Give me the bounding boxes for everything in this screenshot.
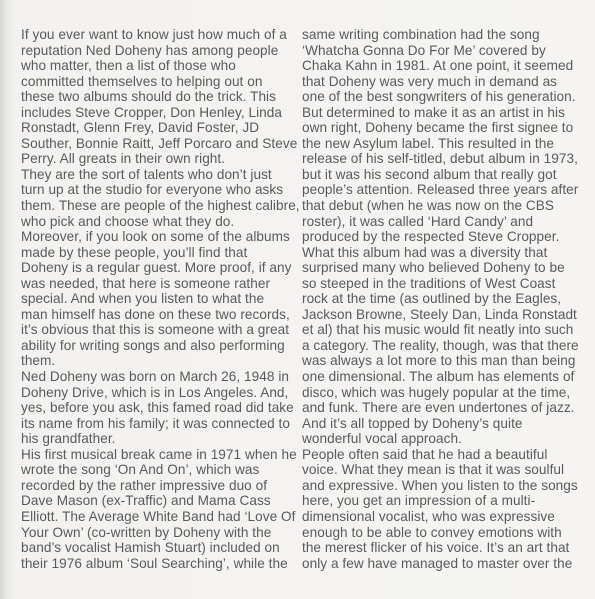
text-line: ‘Whatcha Gonna Do For Me’ covered by	[302, 43, 579, 59]
left-text-column: If you ever want to know just how much o…	[21, 27, 300, 571]
text-line: here, you get an impression of a multi-	[302, 493, 579, 509]
text-line: wonderful vocal approach.	[302, 431, 579, 447]
text-line: so steeped in the traditions of West Coa…	[302, 276, 579, 292]
text-line: the new Asylum label. This resulted in t…	[302, 136, 579, 152]
text-line: one of the best songwriters of his gener…	[302, 89, 579, 105]
text-line: release of his self-titled, debut album …	[302, 151, 579, 167]
text-line: recorded by the rather impressive duo of	[21, 478, 300, 494]
text-line: And it’s all topped by Doheny’s quite	[302, 416, 579, 432]
text-line: disco, which was hugely popular at the t…	[302, 385, 579, 401]
text-line: same writing combination had the song	[302, 27, 579, 43]
text-line: His first musical break came in 1971 whe…	[21, 447, 300, 463]
text-line: Perry. All greats in their own right.	[21, 151, 300, 167]
text-line: special. And when you listen to what the	[21, 291, 300, 307]
text-line: who pick and choose what they do.	[21, 214, 300, 230]
text-line: that debut (when he was now on the CBS	[302, 198, 579, 214]
text-line: one dimensional. The album has elements …	[302, 369, 579, 385]
text-line: own right, Doheny became the first signe…	[302, 120, 579, 136]
text-line: Dave Mason (ex-Traffic) and Mama Cass	[21, 493, 300, 509]
text-line: rock at the time (as outlined by the Eag…	[302, 291, 579, 307]
text-line: Ned Doheny was born on March 26, 1948 in	[21, 369, 300, 385]
text-line: People often said that he had a beautifu…	[302, 447, 579, 463]
text-line: people’s attention. Released three years…	[302, 182, 579, 198]
text-line: its name from his family; it was connect…	[21, 416, 300, 432]
text-line: Souther, Bonnie Raitt, Jeff Porcaro and …	[21, 136, 300, 152]
text-line: reputation Ned Doheny has among people	[21, 43, 300, 59]
text-line: They are the sort of talents who don’t j…	[21, 167, 300, 183]
text-line: Doheny is a regular guest. More proof, i…	[21, 260, 300, 276]
text-line: their 1976 album ‘Soul Searching’, while…	[21, 556, 300, 572]
text-line: them. These are people of the highest ca…	[21, 198, 300, 214]
text-line: turn up at the studio for everyone who a…	[21, 182, 300, 198]
text-line: produced by the respected Steve Cropper.	[302, 229, 579, 245]
right-text-column: same writing combination had the song‘Wh…	[302, 27, 579, 571]
text-line: Moreover, if you look on some of the alb…	[21, 229, 300, 245]
text-line: only a few have managed to master over t…	[302, 556, 579, 572]
text-line: Doheny Drive, which is in Los Angeles. A…	[21, 385, 300, 401]
text-line: committed themselves to helping out on	[21, 74, 300, 90]
text-line: and funk. There are even undertones of j…	[302, 400, 579, 416]
text-line: surprised many who believed Doheny to be	[302, 260, 579, 276]
text-line: yes, before you ask, this famed road did…	[21, 400, 300, 416]
text-line: et al) that his music would fit neatly i…	[302, 322, 579, 338]
text-line: was needed, that here is someone rather	[21, 276, 300, 292]
text-line: a category. The reality, though, was tha…	[302, 338, 579, 354]
text-line: but it was his second album that really …	[302, 167, 579, 183]
text-line: who matter, then a list of those who	[21, 58, 300, 74]
text-line: these two albums should do the trick. Th…	[21, 89, 300, 105]
text-line: enough to be able to convey emotions wit…	[302, 525, 579, 541]
text-line: If you ever want to know just how much o…	[21, 27, 300, 43]
text-line: What this album had was a diversity that	[302, 245, 579, 261]
text-line: But determined to make it as an artist i…	[302, 105, 579, 121]
text-line: that Doheny was very much in demand as	[302, 74, 579, 90]
text-line: includes Steve Cropper, Don Henley, Lind…	[21, 105, 300, 121]
text-line: Chaka Kahn in 1981. At one point, it see…	[302, 58, 579, 74]
text-line: made by these people, you’ll find that	[21, 245, 300, 261]
text-line: Jackson Browne, Steely Dan, Linda Ronsta…	[302, 307, 579, 323]
text-line: wrote the song ‘On And On’, which was	[21, 462, 300, 478]
text-line: them.	[21, 353, 300, 369]
text-line: man himself has done on these two record…	[21, 307, 300, 323]
booklet-page: If you ever want to know just how much o…	[0, 0, 595, 599]
text-line: ability for writing songs and also perfo…	[21, 338, 300, 354]
text-line: the merest flicker of his voice. It’s an…	[302, 540, 579, 556]
text-line: Your Own’ (co-written by Doheny with the	[21, 525, 300, 541]
text-line: it’s obvious that this is someone with a…	[21, 322, 300, 338]
text-line: Ronstadt, Glenn Frey, David Foster, JD	[21, 120, 300, 136]
text-line: and expressive. When you listen to the s…	[302, 478, 579, 494]
text-line: Elliott. The Average White Band had ‘Lov…	[21, 509, 300, 525]
text-line: dimensional vocalist, who was expressive	[302, 509, 579, 525]
text-line: roster), it was called ‘Hard Candy’ and	[302, 214, 579, 230]
text-line: was always a lot more to this man than b…	[302, 353, 579, 369]
text-line: voice. What they mean is that it was sou…	[302, 462, 579, 478]
text-line: band’s vocalist Hamish Stuart) included …	[21, 540, 300, 556]
text-line: his grandfather.	[21, 431, 300, 447]
